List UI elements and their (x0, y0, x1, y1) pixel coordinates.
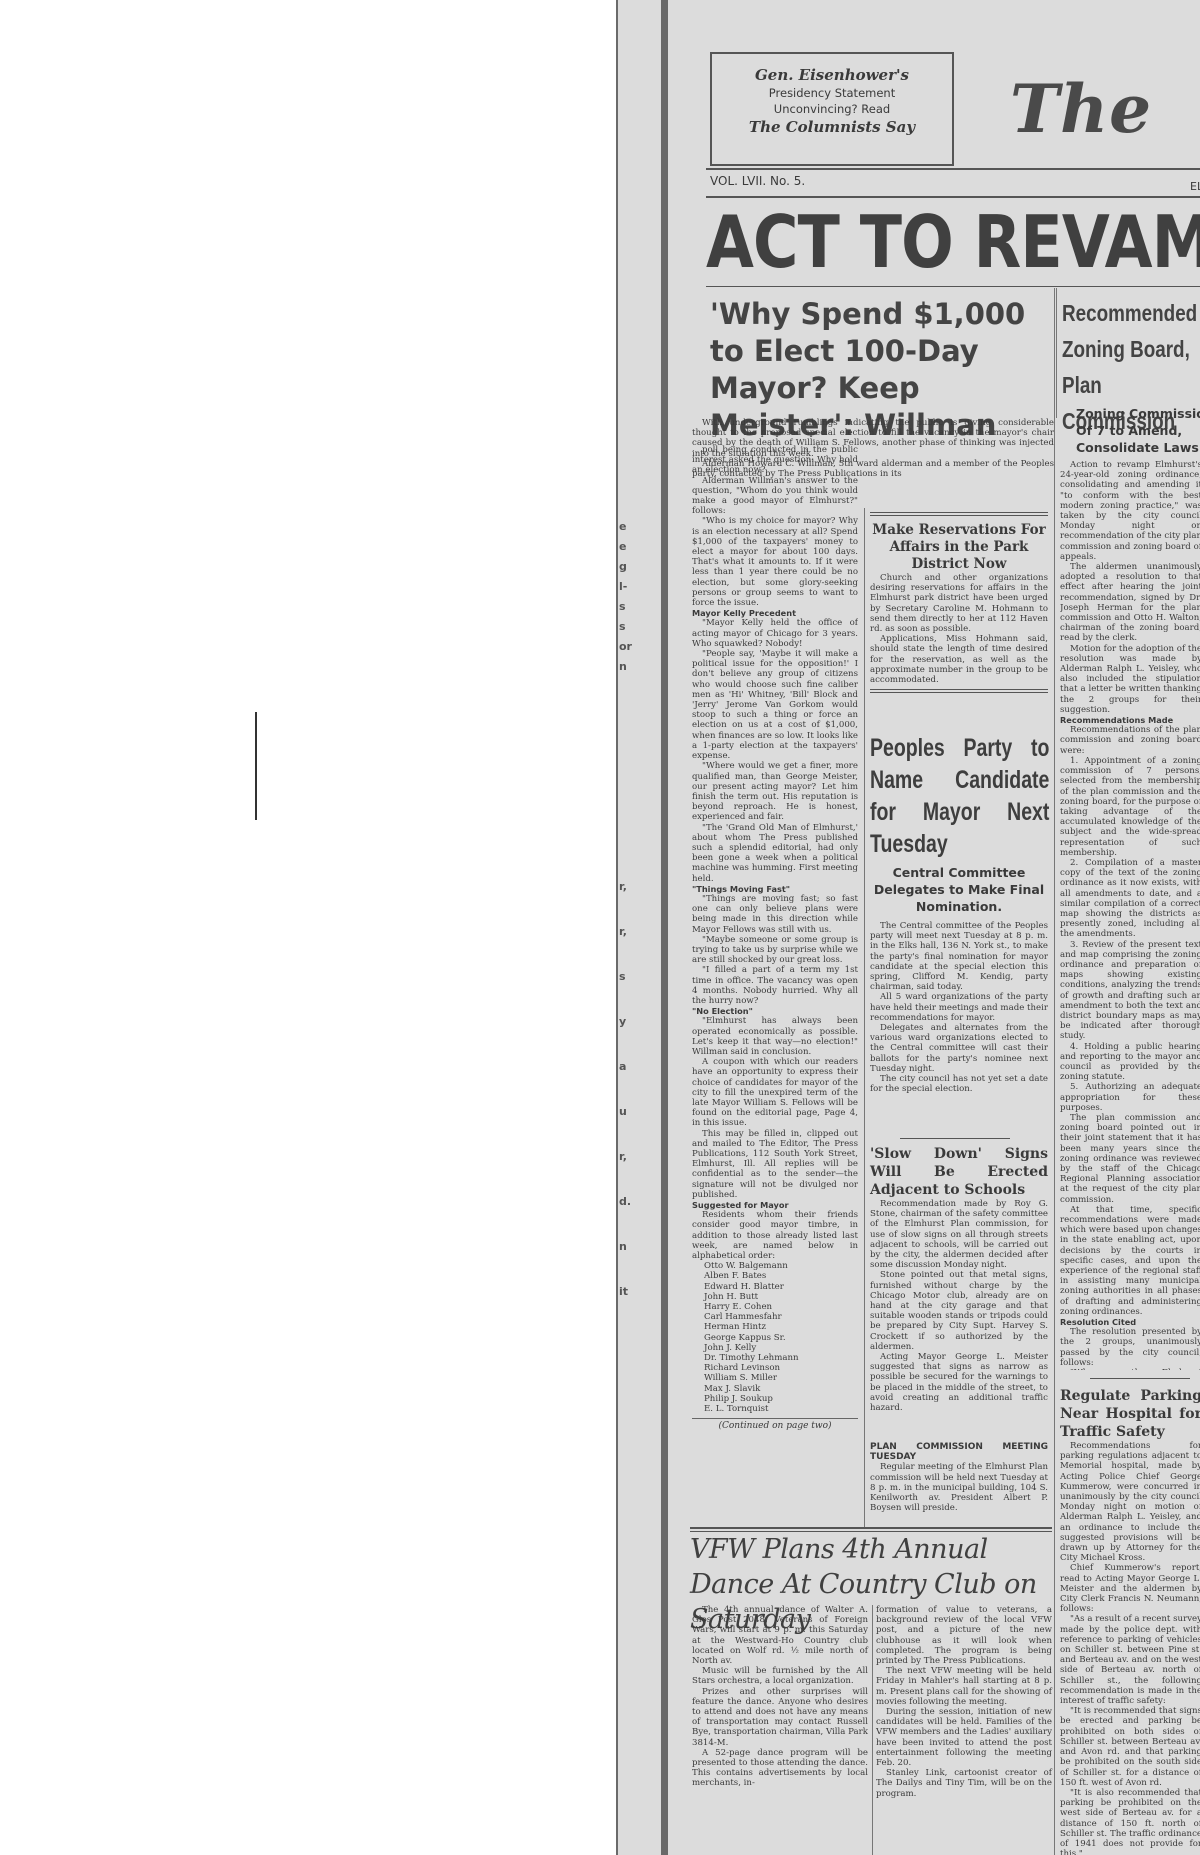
parking-headline: Regulate Parking Near Hospital for Traff… (1060, 1387, 1200, 1441)
parking-story: Regulate Parking Near Hospital for Traff… (1060, 1378, 1200, 1855)
zoning-paragraph: The resolution presented by the 2 groups… (1060, 1327, 1200, 1368)
margin-text-fragment: s (619, 620, 626, 633)
candidate-name: Otto W. Balgemann (692, 1261, 858, 1271)
candidate-name: Max J. Slavik (692, 1384, 858, 1394)
lead-paragraph: "People say, 'Maybe it will make a polit… (692, 649, 858, 761)
lead-subhead: "Things Moving Fast" (692, 884, 858, 894)
plan-commission-body: Regular meeting of the Elmhurst Plan com… (870, 1462, 1048, 1513)
vfw-column-rule (872, 1605, 873, 1855)
text-cursor-line (255, 712, 257, 820)
lead-subhead: Mayor Kelly Precedent (692, 608, 858, 618)
plan-commission-story: PLAN COMMISSION MEETING TUESDAY Regular … (870, 1442, 1048, 1513)
zoning-paragraph: The aldermen unanimously adopted a resol… (1060, 562, 1200, 644)
candidate-name: Edward H. Blatter (692, 1282, 858, 1292)
lead-paragraph: poll being conducted in the public inter… (692, 445, 858, 476)
reservations-story: Make Reservations For Affairs in the Par… (870, 512, 1048, 693)
zoning-paragraph: At that time, specific recommendations w… (1060, 1205, 1200, 1317)
lead-paragraph: "Maybe someone or some group is trying t… (692, 935, 858, 966)
lead-story-body: poll being conducted in the public inter… (692, 445, 858, 1530)
peoples-party-headline: Peoples Party to Name Candidate for Mayo… (870, 732, 1049, 860)
vfw-c1-p1: The 4th annual dance of Walter A. Glos P… (692, 1605, 868, 1666)
zoning-paragraph: 1. Appointment of a zoning commission of… (1060, 756, 1200, 858)
margin-text-fragment: r, (619, 880, 627, 893)
margin-text-fragment: a (619, 1060, 626, 1073)
parking-p2: Chief Kummerow's report, read to Acting … (1060, 1563, 1200, 1614)
margin-text-fragment: r, (619, 1150, 627, 1163)
lead-subhead: Suggested for Mayor (692, 1200, 858, 1210)
candidate-name: Herman Hintz (692, 1322, 858, 1332)
zoning-paragraph: Action to revamp Elmhurst's 24-year-old … (1060, 460, 1200, 562)
vfw-col-1: The 4th annual dance of Walter A. Glos P… (692, 1605, 868, 1789)
ear-line-2: Presidency Statement (712, 86, 952, 100)
ear-line-4: The Columnists Say (712, 118, 952, 136)
slow-down-p1: Recommendation made by Roy G. Stone, cha… (870, 1199, 1048, 1270)
slow-down-p3: Acting Mayor George L. Meister suggested… (870, 1352, 1048, 1413)
vfw-rule-top (690, 1527, 1052, 1529)
zoning-paragraph: 3. Review of the present text and map co… (1060, 940, 1200, 1042)
left-margin-fragments: eegl-ssornr,r,syaur,d.nit (618, 0, 632, 1855)
peoples-party-p3: Delegates and alternates from the variou… (870, 1023, 1048, 1074)
lead-paragraph: "The 'Grand Old Man of Elmhurst,' about … (692, 823, 858, 884)
reservations-p2: Applications, Miss Hohmann said, should … (870, 634, 1048, 685)
margin-text-fragment: n (619, 660, 627, 673)
column-rule-1 (864, 508, 865, 1528)
margin-text-fragment: u (619, 1105, 627, 1118)
lead-paragraph: A coupon with which our readers have an … (692, 1057, 858, 1128)
peoples-party-subdeck: Central Committee Delegates to Make Fina… (870, 864, 1048, 915)
candidate-name: William S. Miller (692, 1373, 858, 1383)
page-fold-shadow (661, 0, 668, 1855)
zoning-paragraph: 2. Compilation of a master copy of the t… (1060, 858, 1200, 940)
margin-text-fragment: y (619, 1015, 626, 1028)
peoples-party-p1: The Central committee of the Peoples par… (870, 921, 1048, 992)
vfw-c1-p2: Music will be furnished by the All Stars… (692, 1666, 868, 1686)
candidate-name: Dr. Timothy Lehmann (692, 1353, 858, 1363)
zoning-subhead: Resolution Cited (1060, 1317, 1200, 1327)
zoning-subhead: Recommendations Made (1060, 715, 1200, 725)
vfw-c2-p3: During the session, initiation of new ca… (876, 1707, 1052, 1768)
plan-commission-headline: PLAN COMMISSION MEETING TUESDAY (870, 1442, 1048, 1462)
candidate-name: E. L. Tornquist (692, 1404, 858, 1414)
margin-text-fragment: g (619, 560, 627, 573)
margin-text-fragment: e (619, 520, 626, 533)
margin-text-fragment: s (619, 600, 626, 613)
volume-number: VOL. LVII. No. 5. (710, 174, 805, 188)
parking-p3: "As a result of a recent survey made by … (1060, 1614, 1200, 1706)
zoning-paragraph: Motion for the adoption of the resolutio… (1060, 644, 1200, 715)
city-fragment: EL (1190, 180, 1200, 193)
candidate-name: Harry E. Cohen (692, 1302, 858, 1312)
reservations-headline: Make Reservations For Affairs in the Par… (870, 522, 1048, 573)
lead-paragraph: "Elmhurst has always been operated econo… (692, 1016, 858, 1057)
lead-paragraph: "Mayor Kelly held the office of acting m… (692, 618, 858, 649)
candidate-name: John H. Butt (692, 1292, 858, 1302)
vfw-c1-p4: A 52-page dance program will be presente… (692, 1748, 868, 1789)
margin-text-fragment: d. (619, 1195, 631, 1208)
zoning-paragraph: 4. Holding a public hearing and reportin… (1060, 1042, 1200, 1083)
parking-p4: "It is recommended that signs be erected… (1060, 1706, 1200, 1788)
vfw-c1-p3: Prizes and other surprises will feature … (692, 1687, 868, 1748)
lead-subhead: "No Election" (692, 1006, 858, 1016)
parking-p5: "It is also recommended that parking be … (1060, 1788, 1200, 1855)
peoples-party-p4: The city council has not yet set a date … (870, 1074, 1048, 1094)
vfw-c2-p4: Stanley Link, cartoonist creator of The … (876, 1768, 1052, 1799)
continued-notice: (Continued on page two) (692, 1418, 858, 1431)
candidate-name: Carl Hammesfahr (692, 1312, 858, 1322)
peoples-party-story: Peoples Party to Name Candidate for Mayo… (870, 732, 1048, 1094)
margin-text-fragment: or (619, 640, 632, 653)
zoning-story-body: Action to revamp Elmhurst's 24-year-old … (1060, 460, 1200, 1370)
margin-text-fragment: r, (619, 925, 627, 938)
slow-down-story: 'Slow Down' Signs Will Be Erected Adjace… (870, 1138, 1048, 1413)
candidate-name: Richard Levinson (692, 1363, 858, 1373)
peoples-party-p2: All 5 ward organizations of the party ha… (870, 992, 1048, 1023)
lead-paragraph: "Where would we get a finer, more qualif… (692, 761, 858, 822)
candidate-name: Alben F. Bates (692, 1271, 858, 1281)
vfw-col-2: formation of value to veterans, a backgr… (876, 1605, 1052, 1799)
zoning-paragraph: The plan commission and zoning board poi… (1060, 1113, 1200, 1205)
reservations-p1: Church and other organizations desiring … (870, 573, 1048, 634)
lead-paragraph: Alderman Willman's answer to the questio… (692, 476, 858, 517)
slow-down-headline: 'Slow Down' Signs Will Be Erected Adjace… (870, 1145, 1048, 1199)
lead-paragraph: "Who is my choice for mayor? Why is an e… (692, 516, 858, 608)
ear-line-3: Unconvincing? Read (712, 102, 952, 116)
zoning-paragraph: Recommendations of the plan commission a… (1060, 725, 1200, 756)
margin-text-fragment: n (619, 1240, 627, 1253)
candidate-name: Philip J. Soukup (692, 1394, 858, 1404)
vfw-c2-p1: formation of value to veterans, a backgr… (876, 1605, 1052, 1666)
zoning-subdeck: Zoning Commission Of 7 to Amend, Consoli… (1076, 405, 1200, 456)
parking-p1: Recommendations for parking regulations … (1060, 1441, 1200, 1563)
lead-paragraph: Residents whom their friends consider go… (692, 1210, 858, 1261)
margin-text-fragment: s (619, 970, 626, 983)
margin-text-fragment: l- (619, 580, 627, 593)
vfw-c2-p2: The next VFW meeting will be held Friday… (876, 1666, 1052, 1707)
masthead-rule-bottom (706, 196, 1200, 198)
lead-paragraph: "Things are moving fast; so fast one can… (692, 894, 858, 935)
slow-down-p2: Stone pointed out that metal signs, furn… (870, 1270, 1048, 1352)
newspaper-page: eegl-ssornr,r,syaur,d.nit Gen. Eisenhowe… (616, 0, 1200, 1855)
lead-paragraph: This may be filled in, clipped out and m… (692, 1129, 858, 1200)
margin-text-fragment: it (619, 1285, 628, 1298)
masthead-title: The (1010, 70, 1152, 148)
banner-rule (706, 286, 1200, 287)
banner-headline: ACT TO REVAMP (706, 200, 1200, 284)
candidate-name: George Kappus Sr. (692, 1333, 858, 1343)
zoning-paragraph: "Whereas, the Elmhurst zoning ordinance … (1060, 1368, 1200, 1370)
ear-line-1: Gen. Eisenhower's (712, 66, 952, 84)
lead-paragraph: "I filled a part of a term my 1st time i… (692, 965, 858, 1006)
zoning-paragraph: 5. Authorizing an adequate appropriation… (1060, 1082, 1200, 1113)
masthead-rule-top (706, 168, 1200, 170)
margin-text-fragment: e (619, 540, 626, 553)
ear-box: Gen. Eisenhower's Presidency Statement U… (710, 52, 954, 166)
candidate-name: John J. Kelly (692, 1343, 858, 1353)
